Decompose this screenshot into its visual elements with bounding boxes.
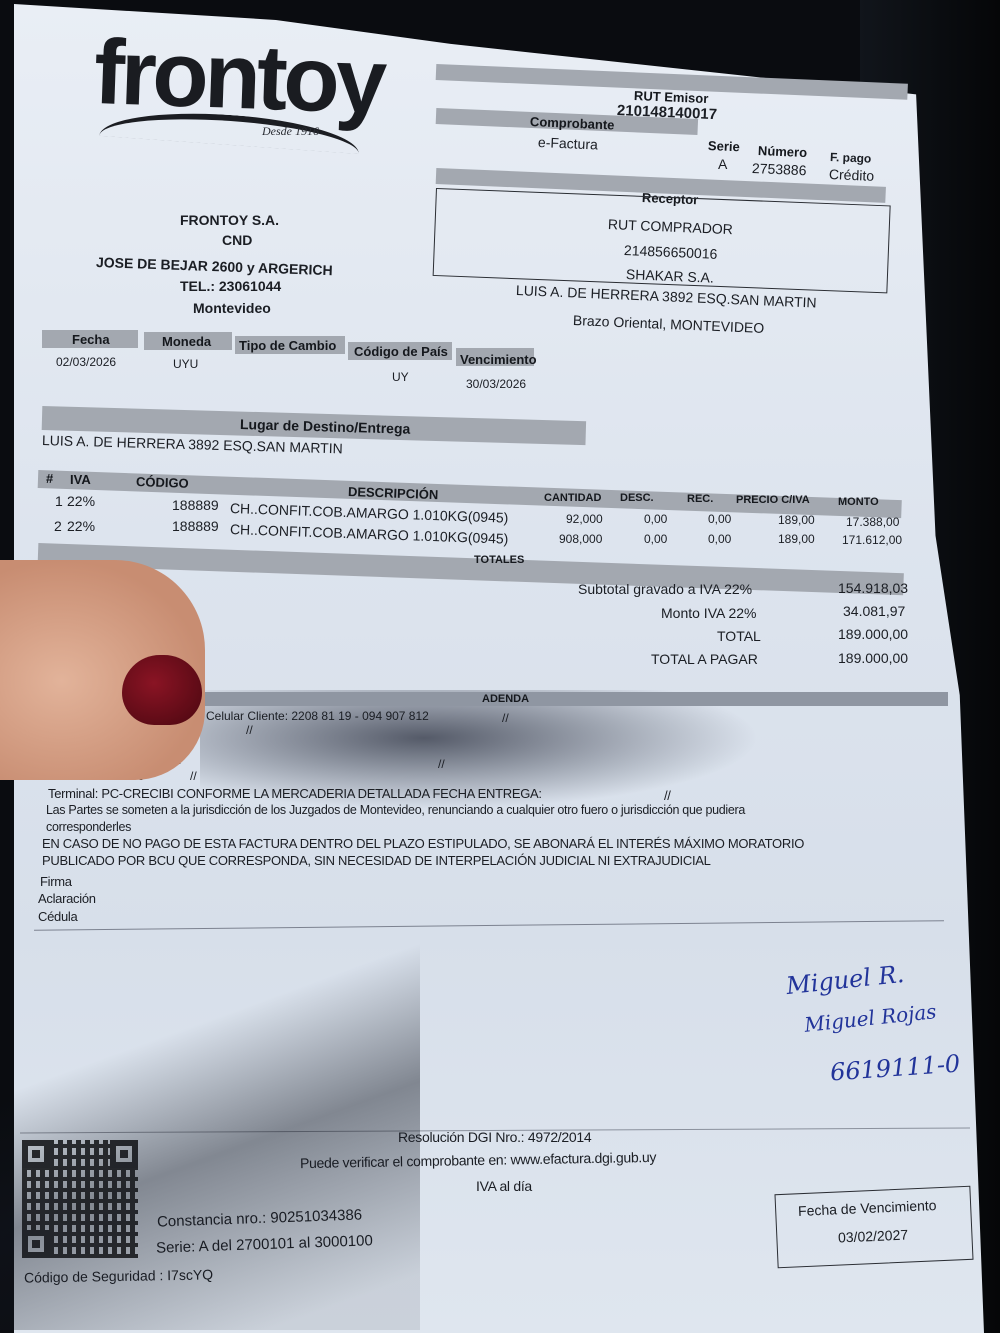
interes-text-1: EN CASO DE NO PAGO DE ESTA FACTURA DENTR… (42, 836, 804, 851)
adenda-sep-3: // (438, 757, 445, 771)
serie-value: A (718, 156, 727, 172)
row-precio: 189,00 (778, 513, 815, 527)
row-desc: 0,00 (644, 532, 667, 546)
fpago-label: F. pago (830, 150, 872, 166)
col-monto: MONTO (838, 496, 879, 508)
venc-value: 03/02/2027 (838, 1226, 909, 1245)
serie-label: Serie (708, 138, 740, 154)
fingernail (122, 655, 202, 725)
logo-tagline: Desde 1916 (262, 124, 319, 139)
resolucion-text: Resolución DGI Nro.: 4972/2014 (398, 1129, 591, 1145)
adenda-bar (200, 692, 948, 706)
adenda-terminal: Terminal: PC-CRECIBI CONFORME LA MERCADE… (48, 786, 542, 801)
row-cantidad: 92,000 (566, 512, 603, 526)
issuer-phone: TEL.: 23061044 (180, 278, 281, 294)
col-precio: PRECIO C/IVA (736, 494, 810, 506)
row-iva: 22% (67, 518, 95, 534)
fecha-value: 02/03/2026 (56, 355, 116, 369)
monto-iva-value: 34.081,97 (843, 603, 905, 619)
total-pagar-value: 189.000,00 (838, 650, 908, 666)
codigo-pais-header: Código de País (354, 344, 448, 359)
col-descripcion: DESCRIPCIÓN (348, 484, 439, 502)
issuer-branch: CND (222, 232, 252, 248)
row-num: 1 (55, 493, 63, 509)
moneda-value: UYU (173, 357, 198, 371)
firma-label: Firma (40, 874, 72, 889)
adenda-sep-2: // (246, 723, 253, 737)
adenda-label: ADENDA (482, 693, 529, 705)
row-codigo: 188889 (172, 518, 219, 534)
col-iva: IVA (70, 472, 91, 487)
vencimiento-header: Vencimiento (460, 352, 537, 367)
comprobante-value: e-Factura (538, 134, 599, 152)
row-monto: 171.612,00 (842, 533, 902, 547)
row-cantidad: 908,000 (559, 532, 602, 546)
interes-text-2: PUBLICADO POR BCU QUE CORRESPONDA, SIN N… (42, 853, 711, 868)
row-num: 2 (54, 518, 62, 534)
total-value: 189.000,00 (838, 626, 908, 642)
issuer-city: Montevideo (193, 300, 271, 316)
iva-al-dia-text: IVA al día (476, 1178, 532, 1194)
aclaracion-label: Aclaración (38, 891, 96, 906)
row-precio: 189,00 (778, 532, 815, 546)
jurisdiccion-text-2: corresponderles (46, 820, 131, 834)
codigo-pais-value: UY (392, 370, 409, 384)
col-num: # (46, 471, 53, 486)
monto-iva-label: Monto IVA 22% (661, 605, 756, 621)
moneda-header: Moneda (162, 334, 211, 349)
fpago-value: Crédito (829, 166, 875, 184)
total-label: TOTAL (717, 628, 761, 644)
adenda-sep-1: // (502, 711, 509, 725)
subtotal-value: 154.918,03 (838, 580, 908, 596)
shadow-overlay (0, 930, 420, 1330)
jurisdiccion-text-1: Las Partes se someten a la jurisdicción … (46, 803, 745, 817)
numero-label: Número (758, 143, 808, 160)
row-monto: 17.388,00 (846, 515, 899, 529)
col-desc: DESC. (620, 492, 654, 504)
issuer-name: FRONTOY S.A. (180, 212, 279, 228)
cedula-label: Cédula (38, 909, 77, 924)
total-pagar-label: TOTAL A PAGAR (651, 651, 758, 667)
tipo-cambio-header: Tipo de Cambio (239, 338, 336, 353)
fecha-header: Fecha (72, 332, 110, 347)
col-codigo: CÓDIGO (136, 474, 189, 491)
row-desc: 0,00 (644, 512, 667, 526)
vencimiento-value: 30/03/2026 (466, 377, 526, 391)
subtotal-label: Subtotal gravado a IVA 22% (578, 581, 752, 597)
numero-value: 2753886 (752, 160, 807, 178)
col-rec: REC. (687, 493, 713, 505)
col-cantidad: CANTIDAD (544, 492, 601, 504)
totales-label: TOTALES (474, 554, 524, 566)
adenda-sep-4: // (190, 769, 197, 783)
row-rec: 0,00 (708, 532, 731, 546)
row-iva: 22% (67, 493, 95, 509)
row-codigo: 188889 (172, 497, 219, 513)
row-rec: 0,00 (708, 512, 731, 526)
adenda-sep-5: // (664, 788, 671, 803)
celular-cliente: Celular Cliente: 2208 81 19 - 094 907 81… (206, 709, 429, 723)
